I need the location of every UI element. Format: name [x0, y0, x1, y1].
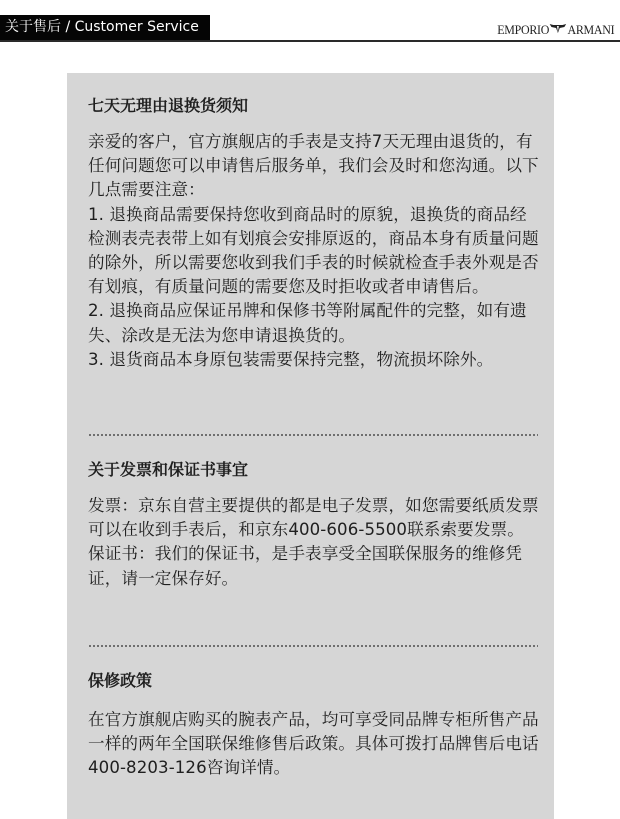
section-return-policy: 七天无理由退换货须知 亲爱的客户，官方旗舰店的手表是支持7天无理由退货的，有任何…	[88, 95, 540, 372]
paragraph: 1. 退换商品需要保持您收到商品时的原貌，退换货的商品经检测表壳表带上如有划痕会…	[88, 203, 540, 300]
brand-name-left: EMPORIO	[497, 22, 549, 37]
dotted-divider	[88, 645, 538, 647]
section-body: 发票：京东自营主要提供的都是电子发票，如您需要纸质发票可以在收到手表后，和京东4…	[88, 494, 540, 591]
section-body: 亲爱的客户，官方旗舰店的手表是支持7天无理由退货的，有任何问题您可以申请售后服务…	[88, 130, 540, 372]
section-body: 在官方旗舰店购买的腕表产品，均可享受同品牌专柜所售产品一样的两年全国联保维修售后…	[88, 708, 540, 781]
header-divider	[0, 40, 620, 42]
section-title: 七天无理由退换货须知	[88, 95, 540, 117]
brand-name-right: ARMANI	[567, 22, 614, 37]
paragraph: 发票：京东自营主要提供的都是电子发票，如您需要纸质发票可以在收到手表后，和京东4…	[88, 494, 540, 542]
section-invoice-warranty: 关于发票和保证书事宜 发票：京东自营主要提供的都是电子发票，如您需要纸质发票可以…	[88, 459, 540, 591]
section-label: 关于售后 / Customer Service	[0, 15, 210, 40]
paragraph: 保证书：我们的保证书，是手表享受全国联保服务的维修凭证，请一定保存好。	[88, 542, 540, 590]
section-warranty-policy: 保修政策 在官方旗舰店购买的腕表产品，均可享受同品牌专柜所售产品一样的两年全国联…	[88, 670, 540, 781]
section-title: 保修政策	[88, 670, 540, 692]
page-header: 关于售后 / Customer Service EMPORIOARMANI	[0, 0, 620, 42]
dotted-divider	[88, 434, 538, 436]
paragraph: 3. 退货商品本身原包装需要保持完整，物流损坏除外。	[88, 348, 540, 372]
paragraph: 2. 退换商品应保证吊牌和保修书等附属配件的完整，如有遗失、涂改是无法为您申请退…	[88, 299, 540, 347]
section-title: 关于发票和保证书事宜	[88, 459, 540, 481]
brand-logo: EMPORIOARMANI	[497, 21, 614, 38]
eagle-logo-icon	[550, 21, 567, 30]
paragraph: 在官方旗舰店购买的腕表产品，均可享受同品牌专柜所售产品一样的两年全国联保维修售后…	[88, 708, 540, 781]
paragraph: 亲爱的客户，官方旗舰店的手表是支持7天无理由退货的，有任何问题您可以申请售后服务…	[88, 130, 540, 203]
info-panel: 七天无理由退换货须知 亲爱的客户，官方旗舰店的手表是支持7天无理由退货的，有任何…	[67, 73, 554, 819]
